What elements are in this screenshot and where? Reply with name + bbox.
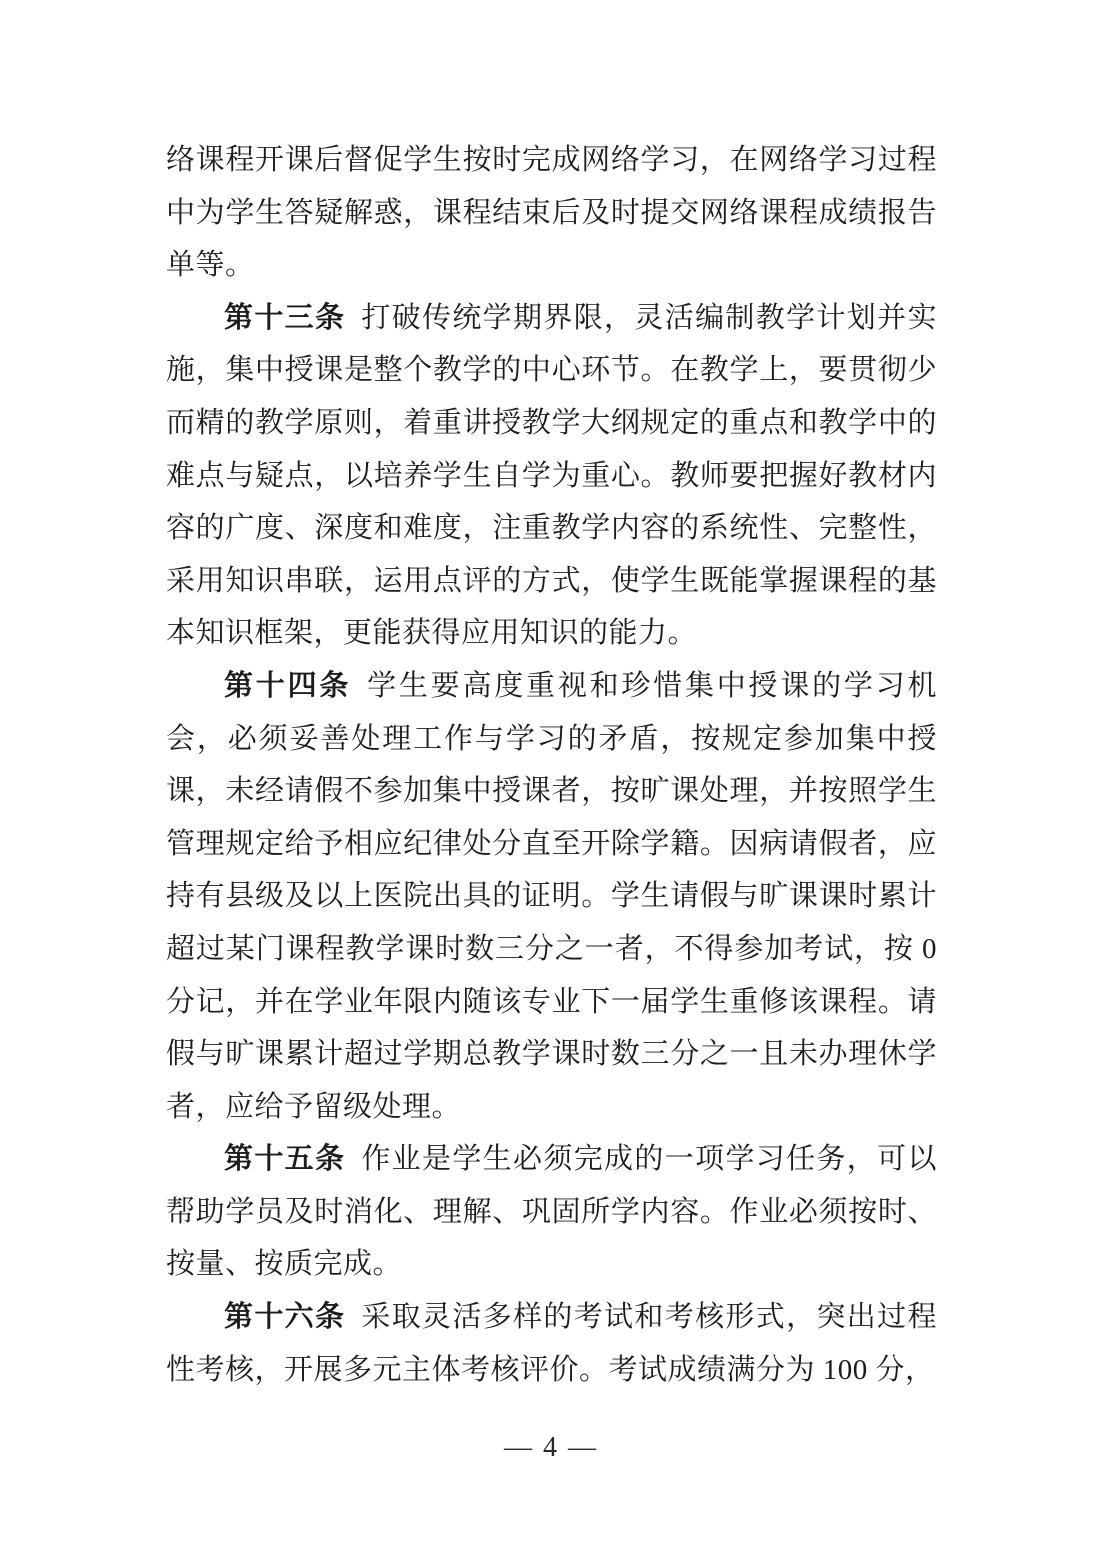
article-14-heading: 第十四条 xyxy=(224,670,351,702)
paragraph-text: 打破传统学期界限，灵活编制教学计划并实施，集中授课是整个教学的中心环节。在教学上… xyxy=(166,302,937,650)
paragraph-article-13: 第十三条打破传统学期界限，灵活编制教学计划并实施，集中授课是整个教学的中心环节。… xyxy=(166,292,937,660)
page-number: — 4 — xyxy=(0,1432,1102,1464)
article-16-heading: 第十六条 xyxy=(224,1301,345,1333)
paragraph-continuation: 络课程开课后督促学生按时完成网络学习，在网络学习过程中为学生答疑解惑，课程结束后… xyxy=(166,134,937,292)
paragraph-article-14: 第十四条学生要高度重视和珍惜集中授课的学习机会，必须妥善处理工作与学习的矛盾，按… xyxy=(166,660,937,1133)
document-body: 络课程开课后督促学生按时完成网络学习，在网络学习过程中为学生答疑解惑，课程结束后… xyxy=(166,134,937,1396)
paragraph-text: 学生要高度重视和珍惜集中授课的学习机会，必须妥善处理工作与学习的矛盾，按规定参加… xyxy=(166,670,937,1123)
paragraph-article-16: 第十六条采取灵活多样的考试和考核形式，突出过程性考核，开展多元主体考核评价。考试… xyxy=(166,1291,937,1396)
paragraph-text: 络课程开课后督促学生按时完成网络学习，在网络学习过程中为学生答疑解惑，课程结束后… xyxy=(166,144,937,281)
paragraph-article-15: 第十五条作业是学生必须完成的一项学习任务，可以帮助学员及时消化、理解、巩固所学内… xyxy=(166,1133,937,1291)
article-13-heading: 第十三条 xyxy=(224,302,345,334)
article-15-heading: 第十五条 xyxy=(224,1143,345,1175)
document-page: 络课程开课后督促学生按时完成网络学习，在网络学习过程中为学生答疑解惑，课程结束后… xyxy=(0,0,1102,1559)
